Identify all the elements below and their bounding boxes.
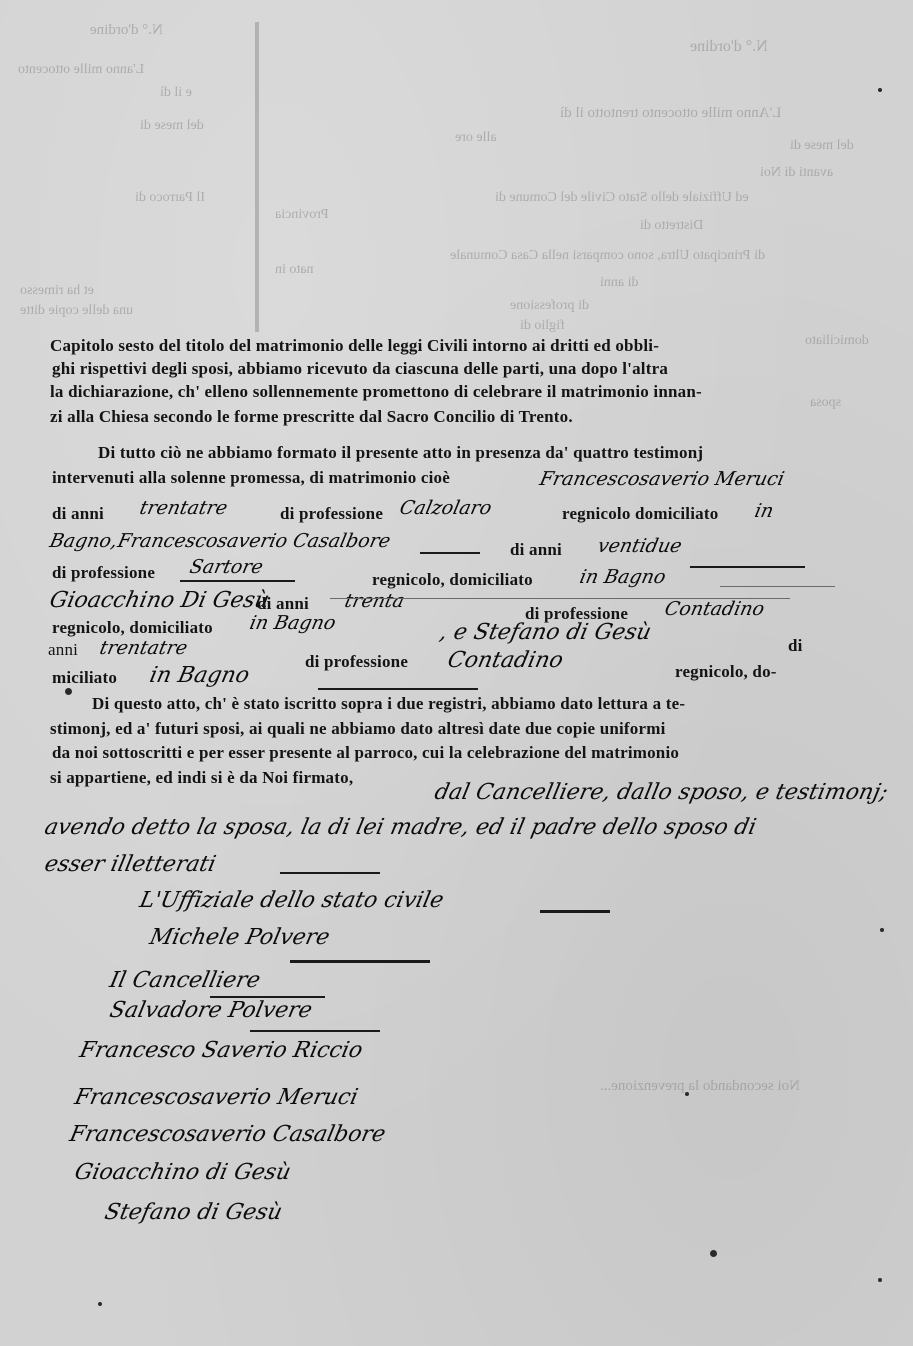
handwritten-closing-line: avendo detto la sposa, la di lei madre, … xyxy=(42,815,758,840)
bleed-through-text: alle ore xyxy=(455,130,497,146)
label-di-anni: di anni xyxy=(510,540,562,560)
witness-1-name: Francescosaverio Meruci xyxy=(538,468,787,490)
ink-speck xyxy=(710,1250,717,1257)
signature-official-title: L'Uffiziale dello stato civile xyxy=(137,888,446,913)
ink-speck xyxy=(98,1302,102,1306)
printed-line: intervenuti alla solenne promessa, di ma… xyxy=(52,468,450,488)
signature-flourish xyxy=(290,960,430,963)
signature-witness: Francesco Saverio Riccio xyxy=(77,1038,365,1063)
label-regnicolo-domiciliato: regnicolo domiciliato xyxy=(562,504,718,524)
label-di-anni: di anni xyxy=(52,504,104,524)
printed-line: Di tutto ciò ne abbiamo formato il prese… xyxy=(98,443,703,463)
bleed-through-text: del mese di xyxy=(140,118,204,134)
bleed-through-text: L'anno mille ottocento xyxy=(18,62,144,78)
bleed-through-text: di anni xyxy=(600,275,639,291)
fill-line xyxy=(280,872,380,874)
label-regnicolo-domiciliato: regnicolo, domiciliato xyxy=(52,618,213,638)
bleed-through-text: Il Parroco di xyxy=(135,190,205,206)
label-miciliato: miciliato xyxy=(52,668,117,688)
fill-line xyxy=(720,586,835,587)
ink-speck xyxy=(878,88,882,92)
witness-4-profession: Contadino xyxy=(445,648,565,673)
fill-line xyxy=(420,552,480,554)
bleed-through-column-rule xyxy=(255,22,259,332)
witness-3-profession: Contadino xyxy=(663,598,767,620)
witness-4-domicile: in Bagno xyxy=(147,663,251,688)
handwritten-closing-line: dal Cancelliere, dallo sposo, e testimon… xyxy=(432,780,890,805)
witness-1-age: trentatre xyxy=(138,497,230,519)
witness-1-profession: Calzolaro xyxy=(398,497,494,519)
bleed-through-text: domiciliato xyxy=(805,333,869,349)
bleed-through-text: di Principato Ultra, sono comparsi nella… xyxy=(450,248,765,264)
printed-line: Di questo atto, ch' è stato iscritto sop… xyxy=(92,694,685,714)
signature-witness: Francescosaverio Meruci xyxy=(72,1085,360,1110)
label-di-professione: di professione xyxy=(52,563,155,583)
printed-line: zi alla Chiesa secondo le forme prescrit… xyxy=(50,407,573,427)
signature-flourish xyxy=(540,910,610,913)
ink-spot xyxy=(65,688,72,695)
fill-line xyxy=(318,688,478,690)
label-di: di xyxy=(788,636,803,656)
witness-2-age: ventidue xyxy=(596,535,684,557)
fill-line xyxy=(690,566,805,568)
signature-official: Michele Polvere xyxy=(147,925,332,950)
printed-line: Capitolo sesto del titolo del matrimonio… xyxy=(50,336,659,356)
bleed-through-text: Provincia xyxy=(275,207,329,223)
label-di-professione: di professione xyxy=(305,652,408,672)
printed-line: si appartiene, ed indi si è da Noi firma… xyxy=(50,768,353,788)
bleed-through-text: avanti di Noi xyxy=(760,165,833,181)
label-regnicolo-domiciliato: regnicolo, domiciliato xyxy=(372,570,533,590)
witness-2-name: Francescosaverio Casalbore xyxy=(116,530,393,552)
label-di-anni: di anni xyxy=(257,594,309,614)
witness-2-domicile: in Bagno xyxy=(578,566,668,588)
signature-witness: Stefano di Gesù xyxy=(102,1200,284,1225)
label-di-professione: di professione xyxy=(280,504,383,524)
bleed-through-text: N.° d'ordine xyxy=(90,22,163,39)
label-regnicolo-do: regnicolo, do- xyxy=(675,662,777,682)
printed-line: ghi rispettivi degli sposi, abbiamo rice… xyxy=(52,359,668,379)
signature-witness: Gioacchino di Gesù xyxy=(72,1160,293,1185)
bleed-through-text: nato in xyxy=(275,262,314,278)
fill-line xyxy=(180,580,295,582)
witness-4-name: , e Stefano di Gesù xyxy=(437,620,653,645)
bleed-through-text: figlio di xyxy=(520,318,565,334)
handwritten-closing-line: esser illetterati xyxy=(42,852,218,877)
ink-speck xyxy=(685,1092,689,1096)
witness-2-profession: Sartore xyxy=(188,556,266,578)
ink-speck xyxy=(880,928,884,932)
printed-line: la dichiarazione, ch' elleno sollennemen… xyxy=(50,382,702,402)
bleed-through-text: N.° d'ordine xyxy=(690,38,768,56)
label-anni: anni xyxy=(48,640,78,660)
bleed-through-text: ed Uffiziale dello Stato Civile del Comu… xyxy=(495,190,749,206)
bleed-through-text: et ha rimesso xyxy=(20,283,94,299)
ink-speck xyxy=(878,1278,882,1282)
bleed-through-text: L'Anno mille ottocento trentotto il dì xyxy=(560,105,781,122)
signature-chancellor-title: Il Cancelliere xyxy=(107,968,262,993)
signature-flourish xyxy=(250,1030,380,1032)
witness-3-name: Gioacchino Di Gesù xyxy=(47,588,271,613)
bleed-through-text: di professione xyxy=(510,298,589,314)
witness-4-age: trentatre xyxy=(98,637,190,659)
printed-line: da noi sottoscritti e per esser presente… xyxy=(52,743,679,763)
signature-chancellor: Salvadore Polvere xyxy=(107,998,314,1023)
bleed-through-text: una delle copie ditte xyxy=(20,303,133,319)
witness-3-age: trenta xyxy=(343,590,407,612)
bleed-through-text: sposa xyxy=(810,395,841,411)
signature-witness: Francescosaverio Casalbore xyxy=(67,1122,387,1147)
bleed-through-text: Distretto di xyxy=(640,218,703,234)
bleed-through-text: del mese di xyxy=(790,138,854,154)
printed-line: stimonj, ed a' futuri sposi, ai quali ne… xyxy=(50,719,666,739)
witness-1-domicile: Bagno, xyxy=(48,530,120,552)
witness-3-domicile: in Bagno xyxy=(248,612,338,634)
bleed-through-text: e il dì xyxy=(160,85,192,101)
bleed-through-text: Noi secondando la prevenzione... xyxy=(600,1078,800,1095)
